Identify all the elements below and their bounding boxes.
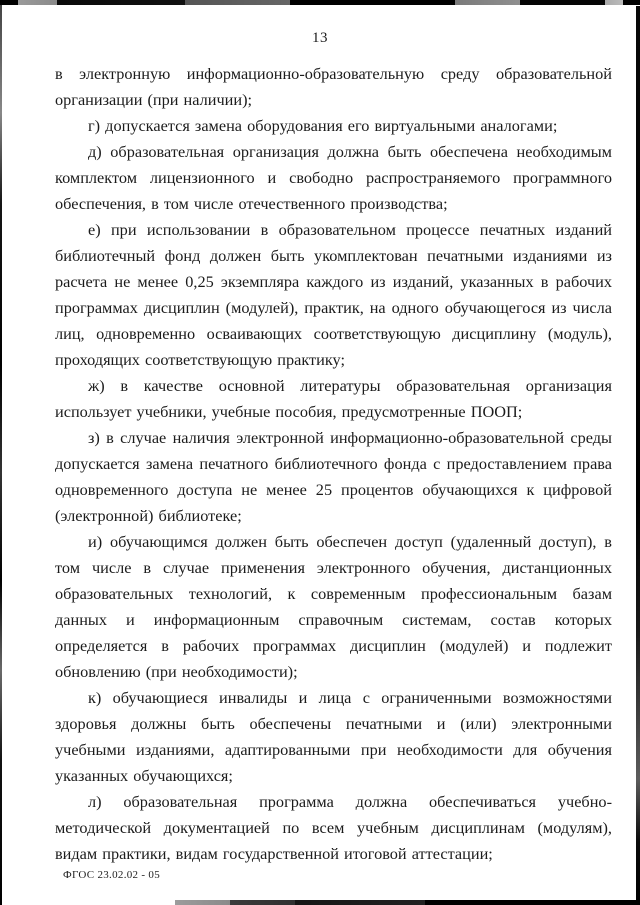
paragraph-continuation: в электронную информационно-образователь… [55,61,612,113]
document-body: в электронную информационно-образователь… [55,61,612,867]
document-code-footer: ФГОС 23.02.02 - 05 [63,869,160,881]
scan-artifact-top-border [0,0,640,5]
scan-artifact-right-border [636,6,640,905]
paragraph-item-k: к) обучающиеся инвалиды и лица с огранич… [55,685,612,789]
paragraph-item-z: з) в случае наличия электронной информац… [55,425,612,529]
scan-artifact-left-border [0,5,2,905]
paragraph-item-l: л) образовательная программа должна обес… [55,789,612,867]
scan-artifact-bottom-border [175,900,640,905]
paragraph-item-e: е) при использовании в образовательном п… [55,217,612,373]
paragraph-item-d: д) образовательная организация должна бы… [55,139,612,217]
paragraph-item-zh: ж) в качестве основной литературы образо… [55,373,612,425]
paragraph-item-i: и) обучающимся должен быть обеспечен дос… [55,529,612,685]
page-number: 13 [0,30,640,47]
paragraph-item-g: г) допускается замена оборудования его в… [55,113,612,139]
